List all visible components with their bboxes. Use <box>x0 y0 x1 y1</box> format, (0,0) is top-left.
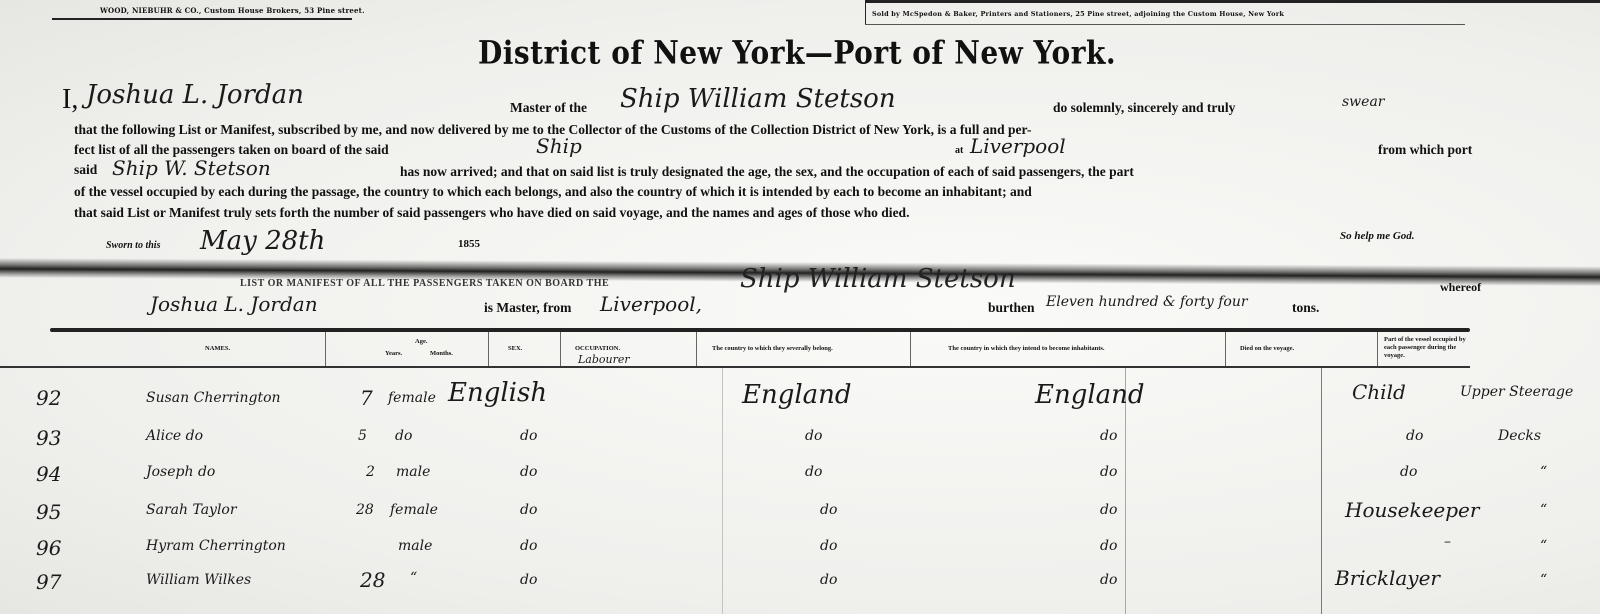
col-country-belong: The country to which they severally belo… <box>712 345 833 352</box>
list-from-port: Liverpool, <box>600 292 702 316</box>
col-names: NAMES. <box>205 345 230 352</box>
row-note: – <box>1444 534 1451 550</box>
divider <box>1377 332 1378 366</box>
col-country-inhabit: The country in which they intend to beco… <box>948 345 1105 352</box>
row-note: do <box>1406 428 1423 444</box>
burthen-handwritten: Eleven hundred & forty four <box>1046 294 1248 310</box>
row-vessel-part: Upper Steerage <box>1460 384 1573 400</box>
row-belongs: do <box>820 538 837 554</box>
row-name: Joseph do <box>146 464 215 480</box>
row-sex: female <box>388 390 436 406</box>
right-imprint: Sold by McSpedon & Baker, Printers and S… <box>872 10 1284 18</box>
row-belongs: do <box>820 572 837 588</box>
imprint-rule-left <box>52 18 352 20</box>
col-sex: SEX. <box>508 345 522 352</box>
occupation-note-handwritten: Labourer <box>578 353 630 366</box>
swear-word: swear <box>1342 94 1385 110</box>
row-sex: male <box>396 464 430 480</box>
so-help-me-god: So help me God. <box>1340 230 1415 242</box>
departure-port-handwritten: Liverpool <box>970 134 1066 158</box>
col-age: Age. <box>415 338 427 345</box>
row-age: 5 <box>358 428 367 444</box>
row-inhabit: do <box>1100 572 1117 588</box>
col-occupation: OCCUPATION. <box>575 345 620 352</box>
row-inhabit: do <box>1100 428 1117 444</box>
row-vessel-part: Decks <box>1498 428 1541 444</box>
row-note: Bricklayer <box>1335 566 1440 590</box>
left-imprint: WOOD, NIEBUHR & CO., Custom House Broker… <box>100 6 365 15</box>
oath-line-4-text: has now arrived; and that on said list i… <box>400 164 1134 180</box>
row-name: Hyram Cherrington <box>146 538 286 554</box>
row-sex: do <box>395 428 412 444</box>
row-age: 7 <box>360 386 373 410</box>
sworn-date-handwritten: May 28th <box>200 226 325 256</box>
row-occupation: do <box>520 464 537 480</box>
row-inhabit: England <box>1035 380 1145 410</box>
row-occupation: do <box>520 538 537 554</box>
row-belongs: do <box>805 428 822 444</box>
i-prefix: I, <box>62 84 78 116</box>
oath-line-6: that said List or Manifest truly sets fo… <box>74 205 909 221</box>
row-inhabit: do <box>1100 502 1117 518</box>
row-number: 94 <box>36 462 61 486</box>
row-note: Child <box>1352 380 1406 404</box>
imprint-rule-right <box>865 24 1465 25</box>
row-vessel-part: “ <box>1540 572 1547 588</box>
row-occupation: do <box>520 572 537 588</box>
divider <box>1225 332 1226 366</box>
row-occupation: English <box>448 378 547 408</box>
row-occupation: do <box>520 502 537 518</box>
row-vessel-part: “ <box>1540 464 1547 480</box>
oath-line-3-vessel: Ship <box>536 134 582 158</box>
row-age: 2 <box>366 464 375 480</box>
col-part-of-vessel: Part of the vessel occupied by each pass… <box>1384 336 1468 360</box>
sworn-label: Sworn to this <box>106 240 160 251</box>
row-vessel-part: “ <box>1540 502 1547 518</box>
top-border-rule <box>865 0 1600 3</box>
whereof-label: whereof <box>1440 280 1481 295</box>
table-row: 97 William Wilkes 28 “ do do do Bricklay… <box>0 570 1600 604</box>
document-title: District of New York—Port of New York. <box>478 34 1116 72</box>
divider <box>325 332 326 366</box>
list-vessel-handwritten: Ship William Stetson <box>740 264 1016 294</box>
col-years: Years. <box>385 350 402 357</box>
manifest-page: WOOD, NIEBUHR & CO., Custom House Broker… <box>0 0 1600 614</box>
list-of-text: LIST OR MANIFEST OF ALL THE PASSENGERS T… <box>240 278 609 289</box>
row-number: 95 <box>36 500 61 524</box>
row-name: Susan Cherrington <box>146 390 281 406</box>
row-age: 28 <box>356 502 374 518</box>
divider <box>696 332 697 366</box>
imprint-divider <box>865 0 866 24</box>
sworn-year: 1855 <box>458 238 480 250</box>
oath-line-3-suffix: from which port <box>1378 142 1472 158</box>
row-belongs: England <box>742 380 852 410</box>
row-vessel-part: “ <box>1540 538 1547 554</box>
col-months: Months. <box>430 350 453 357</box>
row-sex: “ <box>410 570 417 586</box>
list-master-signature: Joshua L. Jordan <box>150 292 318 316</box>
burthen-label: burthen <box>988 300 1035 316</box>
row-number: 97 <box>36 570 61 594</box>
row-number: 93 <box>36 426 61 450</box>
divider <box>560 332 561 366</box>
table-row: 94 Joseph do 2 male do do do do “ <box>0 462 1600 496</box>
master-name-handwritten: Joshua L. Jordan <box>86 80 304 110</box>
divider <box>488 332 489 366</box>
row-belongs: do <box>805 464 822 480</box>
oath-line-4-vessel: Ship W. Stetson <box>112 156 271 180</box>
row-number: 92 <box>36 386 61 410</box>
row-note: do <box>1400 464 1417 480</box>
col-died: Died on the voyage. <box>1240 345 1294 352</box>
row-inhabit: do <box>1100 538 1117 554</box>
oath-line-5: of the vessel occupied by each during th… <box>74 184 1032 200</box>
row-name: William Wilkes <box>146 572 251 588</box>
master-of-label: Master of the <box>510 100 587 116</box>
divider <box>910 332 911 366</box>
table-row: 95 Sarah Taylor 28 female do do do House… <box>0 500 1600 534</box>
row-age: 28 <box>360 568 385 592</box>
header-bottom-rule <box>0 366 1470 368</box>
oath-line-3-at: at <box>955 145 963 156</box>
table-row: 92 Susan Cherrington 7 female English En… <box>0 386 1600 420</box>
tons-label: tons. <box>1292 300 1319 316</box>
is-master-from: is Master, from <box>484 300 571 316</box>
row-name: Alice do <box>146 428 203 444</box>
table-row: 93 Alice do 5 do do do do do Decks <box>0 426 1600 460</box>
row-sex: male <box>398 538 432 554</box>
row-number: 96 <box>36 536 61 560</box>
header-top-rule <box>50 328 1470 332</box>
row-note: Housekeeper <box>1345 498 1479 522</box>
row-belongs: do <box>820 502 837 518</box>
oath-line-4-said: said <box>74 162 97 178</box>
row-inhabit: do <box>1100 464 1117 480</box>
row-sex: female <box>390 502 438 518</box>
row-occupation: do <box>520 428 537 444</box>
vessel-name-handwritten: Ship William Stetson <box>620 84 896 114</box>
table-row: 96 Hyram Cherrington male do do do – “ <box>0 536 1600 570</box>
row-name: Sarah Taylor <box>146 502 237 518</box>
solemnly-text: do solemnly, sincerely and truly <box>1053 100 1235 116</box>
